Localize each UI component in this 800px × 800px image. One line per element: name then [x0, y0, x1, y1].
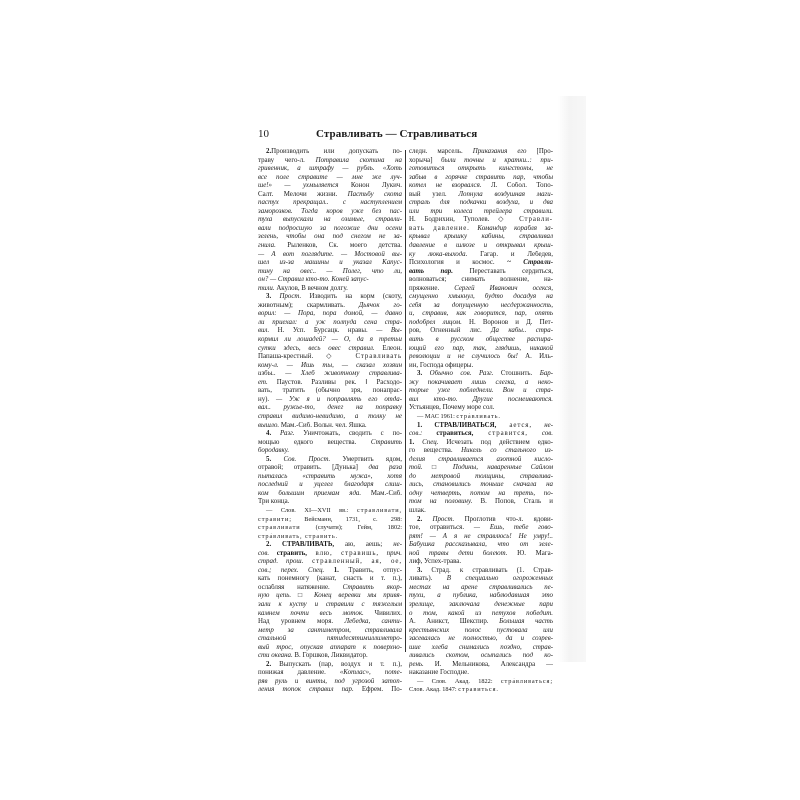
text-line: ше!» — ухмыляется Конон Лукич. — [258, 182, 402, 191]
text-run: Подины, наваренные Сайлом — [453, 464, 553, 471]
text-line: стравити; Вейсманн, 1731, с. 298: — [258, 516, 402, 525]
text-run: Стравить — [371, 439, 402, 446]
text-line: го вещества. Никель со стального из- — [409, 447, 553, 456]
text-run: подобрел лицом. — [409, 319, 462, 326]
text-line: торые уже побледнели. Вон и стра- — [409, 387, 553, 396]
text-run: камнем почти весь моток. — [258, 610, 364, 617]
text-run: тое, отравиться. — [409, 524, 474, 531]
text-line: вали подросшую за погожие дни осени — [258, 225, 402, 234]
text-run: Стошнить. — [493, 370, 539, 377]
text-run: Конец веревки мы привя- — [314, 592, 402, 599]
text-run: сов. — [258, 550, 269, 557]
text-line: ряв руль и винты, под угрозой затоп- — [258, 678, 402, 687]
text-line: 3. Страд. к стравливать (1. Страв- — [409, 567, 553, 576]
text-run: местах на арене стравливались пе- — [409, 584, 553, 591]
text-run: Производить или допускать по- — [271, 148, 402, 155]
text-run: страль для подкачки воздуха, и два — [409, 199, 553, 206]
text-line: ослабляя натяжение. Стравить якор- — [258, 584, 402, 593]
text-run: крестьянских полос пустовала или — [409, 627, 553, 634]
text-run: Н. Бодрихин, Туполев. ◇ — [409, 216, 519, 223]
text-run: ком большим приемам яда. — [258, 490, 361, 497]
running-head: Стравливать — Стравливаться — [316, 128, 477, 140]
text-line: следн. марсель. Приказания его [Про- — [409, 148, 553, 157]
text-run: кормил ли лошадей? — О, да я третьи — [258, 336, 402, 343]
text-run: Приказания его — [473, 148, 527, 155]
text-run: (случати); Гейм, 1802: — [301, 524, 402, 531]
text-line: одну четверть, потом на треть, по- — [409, 490, 553, 499]
text-run: о том, какой из петухов победит. — [409, 610, 553, 617]
text-run: ливать). — [409, 575, 447, 582]
text-run: тину на овес.. — Полег, что ли, — [258, 268, 402, 275]
text-line: шие хлеба снимались поздно, страв- — [409, 644, 553, 653]
text-line: туха выпускали на озимые, стравли- — [258, 216, 402, 225]
text-run: 1. — [324, 567, 339, 574]
text-run: туха выпускали на озимые, стравли- — [258, 216, 402, 223]
right-column: следн. марсель. Приказания его [Про-хоры… — [409, 148, 553, 695]
text-run: понижая давление. — [258, 669, 340, 676]
text-run: смущенно хмыкнул, будто досадуя на — [409, 293, 553, 300]
text-run: — Вы- — [376, 327, 402, 334]
text-run: — Уж я и поправлять его отда- — [276, 396, 402, 403]
text-run: В. Попов, Сталь и — [472, 498, 553, 505]
text-run: Травить, отпус- — [339, 567, 402, 574]
text-run: до метровой толщины, стравлива- — [409, 473, 553, 480]
text-run: стра́вливать, стравить. — [258, 533, 338, 540]
text-line: — Слов. XI—XVII вв.: стравливати, — [258, 507, 402, 516]
text-run: ку люка-выхода. — [409, 251, 467, 258]
text-run: животным); скармливать. — [258, 302, 359, 309]
text-line: рят! — А я не стравлюсь! Не умру!.. — [409, 533, 553, 542]
text-run: вый узел. — [409, 191, 458, 198]
text-run: хорыча] — [409, 157, 441, 164]
text-line: ную цепь. □ Конец веревки мы привя- — [258, 592, 402, 601]
text-line: ну). — Уж я и поправлять его отда- — [258, 396, 402, 405]
text-line: той. □ Подины, наваренные Сайлом — [409, 464, 553, 473]
text-run: были точны и кратки..: при- — [441, 157, 553, 164]
text-run: лиф, Успех-трава. — [409, 558, 461, 565]
text-line: — Слов. Акад. 1822: стра́вливаться; — [409, 678, 553, 687]
text-run: гривенник, а штрафу — рубль. «Хоть — [258, 165, 402, 172]
text-line: стравил видимо-невидимо, а толку не — [258, 413, 402, 422]
text-line: ливать). В специально огороженных — [409, 575, 553, 584]
text-run: сов.: — [409, 430, 422, 437]
text-line: он? — Стравил кто-то. Коней запус- — [258, 276, 402, 285]
text-line: тое, отравиться. — Ешь, тебе гово- — [409, 524, 553, 533]
text-run: Салт. Мелочи жизни. — [258, 191, 348, 198]
text-run: А. Аникст, Шекспир. — [409, 618, 499, 625]
text-run: стра́вливаться; — [501, 678, 553, 685]
text-run: Елеон. — [375, 345, 402, 352]
text-run: ли приехал: а уж полпуда сена стра- — [258, 319, 402, 326]
text-run: Чивилих. — [364, 610, 402, 617]
text-line: вать, тратить (обычно зря, понапрас- — [258, 387, 402, 396]
text-line: 3. Обычно сов. Разг. Стошнить. Бар- — [409, 370, 553, 379]
text-line: вый узел. Лопнула воздушная маги- — [409, 191, 553, 200]
text-run: ин, Господа офицеры. — [409, 362, 473, 369]
text-line: кать понемногу (канат, снасть и т. п.), — [258, 575, 402, 584]
text-run: зрелище, заключала денежные пари — [409, 601, 553, 608]
text-run: Большая часть — [499, 618, 553, 625]
text-line: стра́вливать, стравить. — [258, 533, 402, 542]
text-run: вали подросшую за погожие дни осени — [258, 225, 402, 232]
text-line: 1. СТРАВЛИВАТЬСЯ, ается, не- — [409, 422, 553, 431]
text-run: Н. Усп. Бурсацк. нравы. — [269, 327, 376, 334]
text-line: сти океана. В. Горшков, Ликвидатор. — [258, 652, 402, 661]
text-line: пастух прекращал.. с наступлением — [258, 199, 402, 208]
text-run: аю, аешь; — [334, 541, 393, 548]
text-line: Устьянцев, Почему море сол. — [409, 404, 553, 413]
text-line: до метровой толщины, стравлива- — [409, 473, 553, 482]
text-run: ворил: — Пора, пора домой, — давно — [258, 310, 402, 317]
text-run: Дьячок го- — [359, 302, 402, 309]
text-line: ров, Огненный лис. Да кабы.. стра- — [409, 327, 553, 336]
text-run: траву чего-л. — [258, 157, 316, 164]
text-line: 4. Разг. Уничтожать, сводить с по- — [258, 430, 402, 439]
text-line: 2. Прост. Проглотив что-л. ядови- — [409, 516, 553, 525]
text-run: Потравила скотина на — [316, 157, 402, 164]
text-run: Мам.-Сиб. — [361, 490, 402, 497]
text-run: Уничтожать, сводить с по- — [294, 430, 402, 437]
text-run: Над уровнем моря. — [258, 618, 344, 625]
text-line: кормил ли лошадей? — О, да я третьи — [258, 336, 402, 345]
text-run: вый трос, опуская аппарат к поверхно- — [258, 644, 402, 651]
text-line: вил. Н. Усп. Бурсацк. нравы. — Вы- — [258, 327, 402, 336]
text-run: Гагар. и Лебедев, — [467, 251, 553, 258]
text-run: Пастьбу скота — [348, 191, 402, 198]
text-run: гнила. — [258, 242, 276, 249]
text-run: Папаша-крестный. ◇ — [258, 353, 356, 360]
text-run: бородавку. — [258, 447, 289, 454]
text-run: стравливати, — [357, 507, 402, 514]
text-run: Лебедка, санти- — [344, 618, 402, 625]
text-run: Да кабы.. стра- — [491, 327, 553, 334]
text-run: ~ Стра́вли- — [507, 259, 553, 266]
text-run: В специально огороженных — [447, 575, 553, 582]
text-run: зали к кусту и стравили с тяжелым — [258, 601, 402, 608]
text-run: Паустов. Разливы рек. ‖ Расходо- — [268, 379, 402, 386]
text-line: волноваться; снимать волнение, на- — [409, 276, 553, 285]
text-run: Мам.-Сиб. Вольн. чел. Яшка. — [279, 422, 367, 429]
text-line: ку люка-выхода. Гагар. и Лебедев, — [409, 251, 553, 260]
text-line: Салт. Мелочи жизни. Пастьбу скота — [258, 191, 402, 200]
text-line: сов.: стравиться, стра́вится, сов. — [409, 430, 553, 439]
text-line: 2.Производить или допускать по- — [258, 148, 402, 157]
text-line: ин, Господа офицеры. — [409, 362, 553, 371]
text-run: давление в шлюзе и открывал крыш- — [409, 242, 553, 249]
column-divider — [405, 150, 406, 652]
text-run: рень. — [409, 661, 424, 668]
text-run: крывал крышку кабины, стравливал — [409, 233, 553, 240]
text-run: вил кто-то. Другие посмеиваются. — [409, 396, 553, 403]
text-line: ворил: — Пора, пора домой, — давно — [258, 310, 402, 319]
text-line: ливались скотом, осыпались под ко- — [409, 652, 553, 661]
text-line: сов. стравить, влю, стра́вишь, прич. — [258, 550, 402, 559]
text-line: А. Аникст, Шекспир. Большая часть — [409, 618, 553, 627]
text-line: гнила. Рыленков, Ск. моего детства. — [258, 242, 402, 251]
text-line: Н. Бодрихин, Туполев. ◇ Стра́вли- — [409, 216, 553, 225]
text-run: □ — [423, 464, 453, 471]
text-run: Ефрем. По- — [354, 686, 402, 693]
text-run: избы.. — Хлеб животному стравлива- — [258, 370, 402, 377]
text-line: — А вот поглядите. — Мостовой вы- — [258, 251, 402, 260]
text-run: стальной пятидесятимиллиметро- — [258, 635, 402, 642]
text-line: стравливати (случати); Гейм, 1802: — [258, 524, 402, 533]
text-run: заморозков. Тогда коров уже без пас- — [258, 208, 402, 215]
text-run: стравить, — [269, 550, 307, 557]
text-line: вить в русском обществе распира- — [409, 336, 553, 345]
text-line: и, стравив, как говорится, пар, опять — [409, 310, 553, 319]
text-run: стра́вленный, ая, ое, — [303, 558, 402, 565]
text-run: влю, стра́вишь, — [307, 550, 379, 557]
text-run: пыталась «стравить мужа», хотя — [258, 473, 402, 480]
text-line: кому-л. — Ишь ты, — сказал хозяин — [258, 362, 402, 371]
text-run: ается, — [496, 422, 532, 429]
text-run: ления топок стравил пар. — [258, 686, 354, 693]
text-line: ли приехал: а уж полпуда сена стра- — [258, 319, 402, 328]
page-header: 10 Стравливать — Стравливаться — [258, 128, 558, 142]
text-run: тухи, а публика, наблюдавшая это — [409, 592, 553, 599]
text-run: и, стравив, как говорится, пар, опять — [409, 310, 553, 317]
text-line: камнем почти весь моток. Чивилих. — [258, 610, 402, 619]
text-run: Сергей Иванович осекся, — [454, 285, 553, 292]
text-run: ет. — [258, 379, 268, 386]
text-line: вал.. ружье-то, денег на поправку — [258, 404, 402, 413]
text-line: ком большим приемам яда. Мам.-Сиб. — [258, 490, 402, 499]
text-line: метр за сантиметром, стравливала — [258, 627, 402, 636]
text-run: ослабляя натяжение. — [258, 584, 343, 591]
text-run: — А вот поглядите. — Мостовой вы- — [258, 251, 402, 258]
text-run: Устьянцев, Почему море сол. — [409, 404, 494, 411]
text-run: Л. Собол. Топо- — [482, 182, 553, 189]
text-run: ров, Огненный лис. — [409, 327, 491, 334]
text-run: той. — [409, 464, 423, 471]
text-run: И. Мельникова, Александра — — [424, 661, 553, 668]
text-run: делия стравливается азотной кисло- — [409, 456, 553, 463]
text-line: ющий его пар, так, глядишь, никакой — [409, 345, 553, 354]
text-line: лиф, Успех-трава. — [409, 558, 553, 567]
text-run: лись, становились тоньше сначала на — [409, 481, 553, 488]
text-run: го вещества. — [409, 447, 461, 454]
text-run: вать пар. — [409, 268, 453, 275]
text-run: шлак. — [409, 507, 426, 514]
text-run: Никель со стального из- — [461, 447, 553, 454]
text-line: пряжение. Сергей Иванович осекся, — [409, 285, 553, 294]
text-line: бородавку. — [258, 447, 402, 456]
text-line: Папаша-крестный. ◇ Стра́вливать — [258, 353, 402, 362]
text-run: том на половину. — [409, 498, 472, 505]
text-line: Бабушка рассказывала, что от зеле- — [409, 541, 553, 550]
text-run: стравити — [258, 516, 289, 523]
text-run: Выпускать (пар, воздух и т. п.), — [271, 661, 402, 668]
text-line: делия стравливается азотной кисло- — [409, 456, 553, 465]
text-line: все поле стравите — мне же луч- — [258, 174, 402, 183]
text-line: тину на овес.. — Полег, что ли, — [258, 268, 402, 277]
text-line: ления топок стравил пар. Ефрем. По- — [258, 686, 402, 695]
text-line: вый трос, опуская аппарат к поверхно- — [258, 644, 402, 653]
text-line: мощью едкого вещества. Стравить — [258, 439, 402, 448]
text-run: стравиться. — [458, 686, 499, 693]
text-run: Обычно сов. Разг. — [422, 370, 493, 377]
text-run: страд. прош. — [258, 558, 303, 565]
text-run: Сов. Прост. — [271, 456, 330, 463]
text-line: засевалась не полностью, да и созрев- — [409, 635, 553, 644]
text-run: — Ешь, тебе гово- — [474, 524, 553, 531]
text-run: Прост. — [271, 293, 301, 300]
text-line: котел не взорвался. Л. Собол. Топо- — [409, 182, 553, 191]
text-run: Бабушка рассказывала, что от зеле- — [409, 541, 553, 548]
text-line: зали к кусту и стравили с тяжелым — [258, 601, 402, 610]
text-run: Спец. — [414, 439, 438, 446]
text-run: Проглотив что-л. ядови- — [454, 516, 553, 523]
text-run: себя за допущенную несдержанность, — [409, 302, 553, 309]
text-run: сов.; перех. Спец. — [258, 567, 324, 574]
text-run: мощью едкого вещества. — [258, 439, 371, 446]
text-line: стальной пятидесятимиллиметро- — [258, 635, 402, 644]
text-run: торые уже побледнели. Вон и стра- — [409, 387, 553, 394]
text-run: зелень, чтобы она под снегом не за- — [258, 233, 402, 240]
text-line: местах на арене стравливались пе- — [409, 584, 553, 593]
text-run: Страд. к стравливать (1. Страв- — [422, 567, 553, 574]
text-line: хорыча] были точны и кратки..: при- — [409, 157, 553, 166]
text-line: крывал крышку кабины, стравливал — [409, 233, 553, 242]
text-run: вить в русском обществе распира- — [409, 336, 553, 343]
text-run: [Про- — [527, 148, 553, 155]
text-run: Рыленков, Ск. моего детства. — [276, 242, 402, 249]
text-run: ющий его пар, так, глядишь, никакой — [409, 345, 553, 352]
text-line: 3. Прост. Изводить на корм (скоту, — [258, 293, 402, 302]
text-run: вал.. ружье-то, денег на поправку — [258, 404, 402, 411]
text-run: шел из-за машины и указал Капус- — [258, 259, 402, 266]
text-run: вать давление. — [409, 225, 470, 232]
text-run: наказание Господне. — [409, 669, 469, 676]
text-run: стравиться, — [422, 430, 473, 437]
text-line: вышло. Мам.-Сиб. Вольн. чел. Яшка. — [258, 422, 402, 431]
text-run: сов. — [528, 430, 553, 437]
text-run: Умертвить ядом, — [330, 456, 402, 463]
text-line: рень. И. Мельникова, Александра — — [409, 661, 553, 670]
text-run: отравой; отравить. [Дунька] — [258, 464, 369, 471]
text-line: о том, какой из петухов победит. — [409, 610, 553, 619]
text-run: Разг. — [271, 430, 294, 437]
text-line: — МАС 1961: стра́вливать. — [409, 413, 553, 422]
text-line: отравой; отравить. [Дунька] два раза — [258, 464, 402, 473]
text-line: 2. СТРА́ВЛИВАТЬ, аю, аешь; не- — [258, 541, 402, 550]
text-line: Слов. Акад. 1847: стравиться. — [409, 686, 553, 695]
text-line: смущенно хмыкнул, будто досадуя на — [409, 293, 553, 302]
text-run: Бар- — [540, 370, 553, 377]
text-run: сти океана. — [258, 652, 293, 659]
text-run: следн. марсель. — [409, 148, 473, 155]
text-line: готовиться открыть кингстоны, не — [409, 165, 553, 174]
text-line: шлак. — [409, 507, 553, 516]
text-run: Стра́вливать — [356, 353, 403, 360]
text-line: крестьянских полос пустовала или — [409, 627, 553, 636]
text-run: сутки здесь, весь овес стравил. — [258, 345, 375, 352]
text-run: одну четверть, потом на треть, по- — [409, 490, 553, 497]
text-run: Изводить на корм (скоту, — [301, 293, 402, 300]
text-run: А. Иль- — [518, 353, 553, 360]
text-line: Психология и космос. ~ Стра́вли- — [409, 259, 553, 268]
text-run: кать понемногу (канат, снасть и т. п.), — [258, 575, 402, 582]
text-line: революции и не случилось бы! А. Иль- — [409, 353, 553, 362]
text-line: страд. прош. стра́вленный, ая, ое, — [258, 558, 402, 567]
text-line: Три конца. — [258, 498, 402, 507]
text-line: 5. Сов. Прост. Умертвить ядом, — [258, 456, 402, 465]
text-run: готовиться открыть кингстоны, не — [409, 165, 553, 172]
text-run: Стра́вли- — [519, 216, 553, 223]
text-line: зрелище, заключала денежные пари — [409, 601, 553, 610]
text-run: не- — [532, 422, 553, 429]
text-run: ; Вейсманн, 1731, с. 298: — [289, 516, 402, 523]
text-line: ет. Паустов. Разливы рек. ‖ Расходо- — [258, 379, 402, 388]
text-line: сов.; перех. Спец. 1. Травить, отпус- — [258, 567, 402, 576]
text-run: ной травы дети болеют. — [409, 550, 507, 557]
text-run: прич. — [379, 550, 402, 557]
text-run: Психология и космос. — [409, 259, 507, 266]
text-run: Командир корабля за- — [470, 225, 553, 232]
text-line: 1. Спец. Исчезать под действием едко- — [409, 439, 553, 448]
text-line: забыв в горячке стравить пар, чтобы — [409, 174, 553, 183]
text-run: метр за сантиметром, стравливала — [258, 627, 402, 634]
text-run: пряжение. — [409, 285, 454, 292]
text-line: или три колеса трейлера стравили. — [409, 208, 553, 217]
text-run: ряв руль и винты, под угрозой затоп- — [258, 678, 402, 685]
text-run: ную цепь. — [258, 592, 291, 599]
text-run: 1. СТРАВЛИВАТЬСЯ, — [417, 422, 496, 429]
text-run: Ю. Мага- — [507, 550, 553, 557]
text-run: два раза — [369, 464, 402, 471]
text-run: стравливати — [258, 524, 301, 531]
text-line: том на половину. В. Попов, Сталь и — [409, 498, 553, 507]
page-number: 10 — [258, 128, 269, 140]
text-line: ной травы дети болеют. Ю. Мага- — [409, 550, 553, 559]
text-line: траву чего-л. Потравила скотина на — [258, 157, 402, 166]
text-run: — Слов. XI—XVII вв.: — [266, 507, 357, 514]
text-run: □ — [291, 592, 314, 599]
text-run: волноваться; снимать волнение, на- — [409, 276, 553, 283]
text-line: зелень, чтобы она под снегом не за- — [258, 233, 402, 242]
text-run: вил. — [258, 327, 269, 334]
text-line: тухи, а публика, наблюдавшая это — [409, 592, 553, 601]
text-line: вил кто-то. Другие посмеиваются. — [409, 396, 553, 405]
text-line: избы.. — Хлеб животному стравлива- — [258, 370, 402, 379]
text-line: себя за допущенную несдержанность, — [409, 302, 553, 311]
text-line: заморозков. Тогда коров уже без пас- — [258, 208, 402, 217]
text-run: ше!» — ухмыляется — [258, 182, 338, 189]
text-run: революции и не случилось бы! — [409, 353, 518, 360]
text-line: животным); скармливать. Дьячок го- — [258, 302, 402, 311]
text-run: шие хлеба снимались поздно, страв- — [409, 644, 553, 651]
text-line: вать пар. Переставать сердиться, — [409, 268, 553, 277]
text-line: давление в шлюзе и открывал крыш- — [409, 242, 553, 251]
text-run: ну). — [258, 396, 276, 403]
text-run: жу покачивает лишь слегка, а неко- — [409, 379, 553, 386]
text-run: В. Горшков, Ликвидатор. — [293, 652, 368, 659]
text-line: гривенник, а штрафу — рубль. «Хоть — [258, 165, 402, 174]
text-line: вать давление. Командир корабля за- — [409, 225, 553, 234]
text-run: или три колеса трейлера стравили. — [409, 208, 553, 215]
text-line: сутки здесь, весь овес стравил. Елеон. — [258, 345, 402, 354]
text-run: «Котлас», поте- — [340, 669, 402, 676]
text-run: кому-л. — Ишь ты, — сказал хозяин — [258, 362, 402, 369]
text-run: Конон Лукич. — [338, 182, 402, 189]
text-run: 2. СТРА́ВЛИВАТЬ, — [266, 541, 334, 548]
text-run: Три конца. — [258, 498, 289, 505]
text-run: стра́вится, — [473, 430, 528, 437]
text-run: Акулов, В вечном долгу. — [275, 285, 348, 292]
text-line: 2. Выпускать (пар, воздух и т. п.), — [258, 661, 402, 670]
text-run: Слов. Акад. 1847: — [409, 686, 458, 693]
